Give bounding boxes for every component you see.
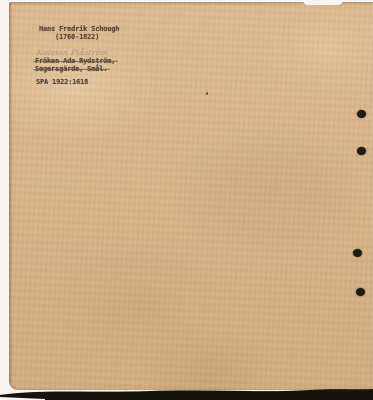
crossed-out-line-2: Segersgärde, Smål. — [35, 66, 107, 73]
crossed-out-line-1: Fröken Ada Rydström, — [35, 58, 115, 65]
scanned-card-page: Hans Fredrik Schough (1760-1822) Kalman … — [0, 0, 373, 400]
ink-speck — [206, 92, 208, 95]
top-edge-paper-notch — [303, 0, 343, 5]
bottom-shadow-band — [0, 380, 373, 400]
paper-card: Hans Fredrik Schough (1760-1822) Kalman … — [9, 2, 373, 390]
archive-reference-line: SPA 1922:1618 — [36, 79, 88, 86]
handwritten-pencil-annotation: Kalman Plåström — [36, 48, 109, 57]
punch-hole-dot — [356, 288, 365, 296]
punch-hole-dot — [353, 249, 362, 257]
punch-hole-dot — [357, 110, 366, 118]
typed-years-line: (1760-1822) — [55, 34, 99, 41]
typed-name-line: Hans Fredrik Schough — [39, 26, 119, 33]
punch-hole-dot — [357, 147, 366, 155]
